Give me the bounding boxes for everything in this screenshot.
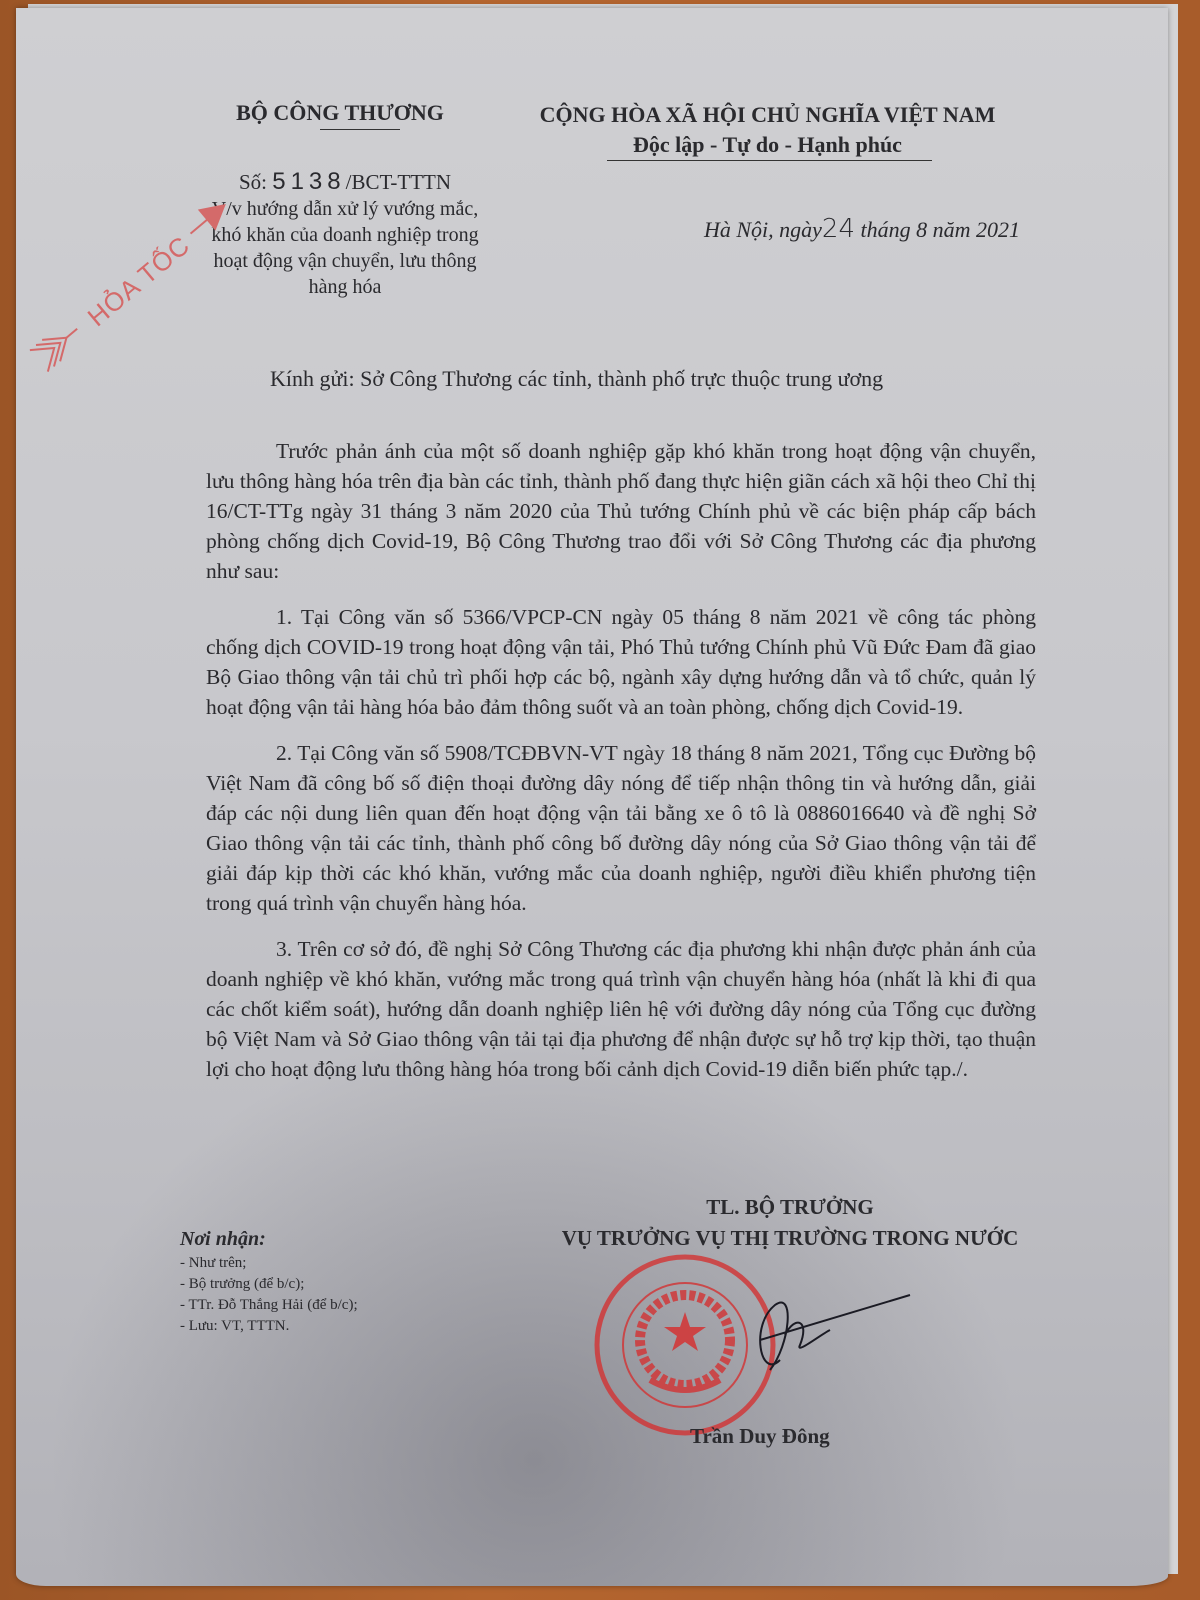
subject-line: hoạt động vận chuyển, lưu thông (180, 248, 510, 274)
recipient-item: - Bộ trưởng (để b/c); (180, 1274, 540, 1295)
issuer-name: BỘ CÔNG THƯƠNG (200, 100, 480, 126)
signature-icon (740, 1285, 920, 1385)
recipient-item: - TTr. Đỗ Thắng Hải (để b/c); (180, 1295, 540, 1316)
national-header: CỘNG HÒA XÃ HỘI CHỦ NGHĨA VIỆT NAM Độc l… (495, 100, 1040, 160)
national-title: CỘNG HÒA XÃ HỘI CHỦ NGHĨA VIỆT NAM (495, 100, 1040, 130)
recipients-list: Nơi nhận: - Như trên; - Bộ trưởng (để b/… (180, 1228, 540, 1337)
place-date-suffix: tháng 8 năm 2021 (861, 217, 1021, 242)
place-date-prefix: Hà Nội, ngày (704, 217, 822, 242)
letter-body: Trước phản ánh của một số doanh nghiệp g… (206, 436, 1036, 1100)
recipient-line: Kính gửi: Sở Công Thương các tỉnh, thành… (270, 366, 1060, 392)
recipient-item: - Lưu: VT, TTTN. (180, 1316, 540, 1337)
body-paragraph: Trước phản ánh của một số doanh nghiệp g… (206, 436, 1036, 586)
place-date: Hà Nội, ngày24 tháng 8 năm 2021 (690, 214, 1020, 244)
signature-title-line1: TL. BỘ TRƯỞNG (500, 1192, 1080, 1223)
doc-number-value: 5138 (272, 168, 345, 195)
doc-number-suffix: /BCT-TTTN (346, 170, 451, 194)
handwritten-day: 24 (822, 214, 855, 244)
national-motto: Độc lập - Tự do - Hạnh phúc (495, 130, 1040, 160)
recipient-item: - Như trên; (180, 1253, 540, 1274)
doc-number-label: Số: (239, 170, 267, 194)
signature-title-line2: VỤ TRƯỞNG VỤ THỊ TRƯỜNG TRONG NƯỚC (500, 1223, 1080, 1254)
issuer-underline (320, 129, 400, 130)
recipients-heading: Nơi nhận: (180, 1228, 540, 1251)
document-number: Số: 5138/BCT-TTTN (180, 168, 510, 196)
signer-name: Trần Duy Đông (690, 1424, 830, 1449)
subject-line: hàng hóa (180, 274, 510, 300)
body-paragraph: 3. Trên cơ sở đó, đề nghị Sở Công Thương… (206, 934, 1036, 1084)
signature-title: TL. BỘ TRƯỞNG VỤ TRƯỞNG VỤ THỊ TRƯỜNG TR… (500, 1192, 1080, 1254)
body-paragraph: 2. Tại Công văn số 5908/TCĐBVN-VT ngày 1… (206, 738, 1036, 918)
motto-underline (607, 160, 932, 161)
body-paragraph: 1. Tại Công văn số 5366/VPCP-CN ngày 05 … (206, 602, 1036, 722)
